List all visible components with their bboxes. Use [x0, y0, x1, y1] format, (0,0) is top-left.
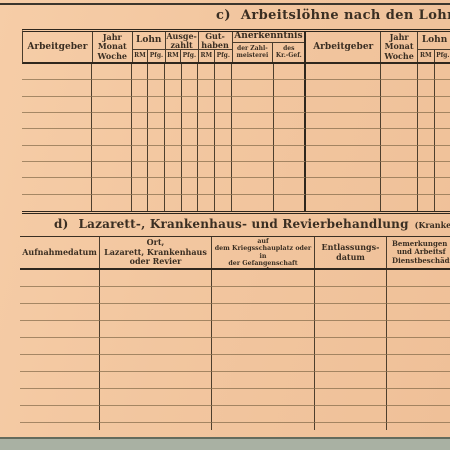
col-lohn-2-pfg: Pfg. — [435, 50, 450, 62]
body-cell — [182, 113, 198, 129]
body-cell — [100, 406, 212, 423]
body-cell — [306, 97, 381, 113]
col-lohn-2: Lohn RM Pfg. — [418, 32, 450, 62]
body-cell — [418, 162, 435, 178]
scanned-form-page: c) Arbeitslöhne nach den Lohnlisten Arbe… — [0, 0, 450, 450]
body-cell — [418, 64, 435, 80]
body-cell — [418, 97, 435, 113]
body-cell — [215, 178, 232, 194]
col-ort-lazarett: Ort, Lazarett, Krankenhaus oder Revier — [100, 237, 212, 268]
body-cell — [274, 113, 306, 129]
body-cell — [132, 80, 148, 96]
body-cell — [182, 80, 198, 96]
body-cell — [232, 97, 274, 113]
col-guthaben: Gut- haben RM Pfg. — [199, 32, 233, 62]
body-cell — [22, 129, 92, 145]
body-cell — [315, 355, 387, 372]
body-cell — [182, 129, 198, 145]
body-cell — [132, 178, 148, 194]
body-cell — [22, 178, 92, 194]
body-cell — [387, 389, 450, 406]
body-cell — [212, 338, 315, 355]
body-cell — [100, 389, 212, 406]
body-cell — [132, 195, 148, 211]
body-cell — [20, 304, 100, 321]
body-cell — [306, 162, 381, 178]
body-cell — [435, 80, 450, 96]
body-cell — [381, 146, 418, 162]
body-cell — [212, 355, 315, 372]
body-cell — [92, 129, 132, 145]
body-cell — [306, 146, 381, 162]
body-cell — [198, 162, 215, 178]
body-cell — [315, 270, 387, 287]
body-cell — [165, 64, 182, 80]
body-cell — [387, 270, 450, 287]
body-cell — [148, 113, 165, 129]
body-cell — [92, 178, 132, 194]
body-cell — [387, 406, 450, 423]
body-cell — [381, 64, 418, 80]
col-guthaben-rm: RM — [199, 50, 215, 62]
body-cell — [381, 195, 418, 211]
body-cell — [212, 321, 315, 338]
body-cell — [20, 321, 100, 338]
section-d-title: d) Lazarett-, Krankenhaus- und Revierbeh… — [54, 217, 450, 231]
body-cell — [274, 195, 306, 211]
body-cell — [387, 338, 450, 355]
body-cell — [20, 406, 100, 423]
body-cell — [232, 80, 274, 96]
wage-table: Arbeitgeber Jahr Monat Woche Lohn RM Pfg… — [22, 29, 450, 214]
body-cell — [315, 338, 387, 355]
body-cell — [387, 321, 450, 338]
col-arbeitgeber-2: Arbeitgeber — [306, 32, 381, 62]
body-cell — [435, 146, 450, 162]
body-cell — [182, 195, 198, 211]
body-cell — [212, 406, 315, 423]
col-guthaben-pfg: Pfg. — [215, 50, 231, 62]
body-cell — [435, 178, 450, 194]
body-cell — [148, 178, 165, 194]
body-cell — [165, 195, 182, 211]
body-cell — [182, 146, 198, 162]
body-cell — [165, 178, 182, 194]
body-cell — [215, 97, 232, 113]
body-cell — [418, 195, 435, 211]
body-cell — [315, 372, 387, 389]
body-cell — [212, 287, 315, 304]
body-cell — [100, 287, 212, 304]
body-cell — [435, 113, 450, 129]
body-cell — [212, 270, 315, 287]
body-cell — [22, 80, 92, 96]
col-lohn-2-rm: RM — [418, 50, 434, 62]
body-cell — [100, 270, 212, 287]
body-cell — [381, 97, 418, 113]
body-cell — [148, 162, 165, 178]
body-cell — [435, 195, 450, 211]
body-cell — [306, 129, 381, 145]
body-cell — [418, 113, 435, 129]
body-cell — [148, 64, 165, 80]
body-cell — [232, 195, 274, 211]
body-cell — [22, 64, 92, 80]
body-cell — [215, 113, 232, 129]
body-cell — [274, 178, 306, 194]
body-cell — [232, 64, 274, 80]
body-cell — [306, 64, 381, 80]
wage-table-header: Arbeitgeber Jahr Monat Woche Lohn RM Pfg… — [22, 29, 450, 64]
body-cell — [215, 162, 232, 178]
body-cell — [232, 178, 274, 194]
body-cell — [92, 162, 132, 178]
col-anerkenntnis-kr-gef: des Kr.-Gef. — [273, 43, 304, 62]
body-cell — [165, 113, 182, 129]
body-cell — [387, 355, 450, 372]
body-cell — [435, 64, 450, 80]
col-lohn-pfg: Pfg. — [148, 50, 164, 62]
col-ausgezahlt: Ausge- zahlt RM Pfg. — [166, 32, 199, 62]
body-cell — [198, 146, 215, 162]
body-cell — [198, 129, 215, 145]
body-cell — [22, 146, 92, 162]
body-cell — [381, 129, 418, 145]
body-cell — [215, 146, 232, 162]
body-cell — [418, 129, 435, 145]
body-cell — [381, 80, 418, 96]
body-cell — [100, 304, 212, 321]
body-cell — [215, 195, 232, 211]
body-cell — [165, 162, 182, 178]
body-cell — [92, 64, 132, 80]
body-cell — [381, 113, 418, 129]
body-cell — [182, 97, 198, 113]
body-cell — [232, 162, 274, 178]
col-entlassungsdatum: Entlassungs- datum — [315, 237, 387, 268]
body-cell — [306, 178, 381, 194]
body-cell — [215, 64, 232, 80]
body-cell — [132, 162, 148, 178]
body-cell — [100, 372, 212, 389]
hospital-table-header: Aufnahmedatum Ort, Lazarett, Krankenhaus… — [20, 236, 450, 270]
body-cell — [212, 304, 315, 321]
col-jahr-monat-woche: Jahr Monat Woche — [93, 32, 133, 62]
body-cell — [22, 113, 92, 129]
body-cell — [232, 129, 274, 145]
col-jahr-monat-woche-2: Jahr Monat Woche — [381, 32, 418, 62]
body-cell — [306, 195, 381, 211]
body-cell — [148, 195, 165, 211]
section-c-letter: c) — [216, 8, 231, 23]
body-cell — [306, 80, 381, 96]
body-cell — [215, 80, 232, 96]
body-cell — [418, 146, 435, 162]
body-cell — [435, 97, 450, 113]
body-cell — [306, 113, 381, 129]
body-cell — [315, 406, 387, 423]
body-cell — [435, 129, 450, 145]
col-bemerkungen: Bemerkungen üb und Arbeitsf Dienstbeschä… — [387, 237, 450, 268]
body-cell — [148, 146, 165, 162]
body-cell — [92, 97, 132, 113]
body-cell — [418, 80, 435, 96]
body-cell — [22, 97, 92, 113]
body-cell — [100, 321, 212, 338]
body-cell — [274, 97, 306, 113]
col-ausgezahlt-rm: RM — [166, 50, 182, 62]
body-cell — [20, 270, 100, 287]
hospital-table-body — [20, 270, 450, 423]
body-cell — [20, 355, 100, 372]
body-cell — [198, 195, 215, 211]
body-cell — [387, 287, 450, 304]
body-cell — [92, 80, 132, 96]
body-cell — [20, 372, 100, 389]
hospital-table: Aufnahmedatum Ort, Lazarett, Krankenhaus… — [20, 236, 450, 430]
body-cell — [387, 304, 450, 321]
body-cell — [148, 97, 165, 113]
section-c-title: c) Arbeitslöhne nach den Lohnlisten — [216, 8, 450, 23]
col-arbeitgeber: Arbeitgeber — [23, 32, 93, 62]
section-c-text: Arbeitslöhne nach den Lohnlisten — [241, 8, 450, 23]
body-cell — [198, 178, 215, 194]
body-cell — [100, 355, 212, 372]
body-cell — [418, 178, 435, 194]
body-cell — [381, 178, 418, 194]
body-cell — [148, 80, 165, 96]
body-cell — [100, 338, 212, 355]
section-d-note: (Krankenblätter, D. B.-Verhandlu — [415, 220, 450, 230]
body-cell — [274, 80, 306, 96]
body-cell — [232, 113, 274, 129]
body-cell — [274, 129, 306, 145]
body-cell — [92, 113, 132, 129]
body-cell — [212, 389, 315, 406]
body-cell — [132, 129, 148, 145]
page-fold-line — [0, 3, 450, 5]
col-lohn-rm: RM — [133, 50, 149, 62]
body-cell — [165, 129, 182, 145]
body-cell — [274, 162, 306, 178]
body-cell — [182, 64, 198, 80]
body-cell — [165, 146, 182, 162]
body-cell — [198, 64, 215, 80]
body-cell — [387, 372, 450, 389]
body-cell — [315, 321, 387, 338]
body-cell — [92, 195, 132, 211]
col-anerkenntnis-zahlmeisterei: der Zahl- meisterei — [233, 43, 274, 62]
col-lohn: Lohn RM Pfg. — [133, 32, 166, 62]
body-cell — [435, 162, 450, 178]
body-cell — [132, 97, 148, 113]
body-cell — [132, 113, 148, 129]
col-anerkenntnis: Anerkenntnis der Zahl- meisterei des Kr.… — [233, 32, 307, 62]
col-art-der-krankheit: Art der Krankheit und ob auf dem Kriegss… — [212, 237, 315, 268]
body-cell — [92, 146, 132, 162]
body-cell — [274, 146, 306, 162]
body-cell — [315, 304, 387, 321]
body-cell — [165, 97, 182, 113]
section-d-text: Lazarett-, Krankenhaus- und Revierbehand… — [78, 217, 408, 231]
section-d-letter: d) — [54, 217, 68, 231]
col-aufnahmedatum: Aufnahmedatum — [20, 237, 100, 268]
body-cell — [198, 80, 215, 96]
body-cell — [274, 64, 306, 80]
col-ausgezahlt-pfg: Pfg. — [181, 50, 197, 62]
body-cell — [20, 338, 100, 355]
body-cell — [22, 195, 92, 211]
body-cell — [198, 97, 215, 113]
body-cell — [22, 162, 92, 178]
scanner-background-strip — [0, 437, 450, 450]
body-cell — [148, 129, 165, 145]
body-cell — [165, 80, 182, 96]
body-cell — [315, 287, 387, 304]
body-cell — [20, 287, 100, 304]
body-cell — [215, 129, 232, 145]
body-cell — [381, 162, 418, 178]
body-cell — [212, 372, 315, 389]
hospital-table-line-stubs — [20, 423, 450, 430]
body-cell — [198, 113, 215, 129]
body-cell — [182, 162, 198, 178]
body-cell — [232, 146, 274, 162]
body-cell — [315, 389, 387, 406]
body-cell — [132, 64, 148, 80]
body-cell — [182, 178, 198, 194]
wage-table-body — [22, 64, 450, 214]
body-cell — [20, 389, 100, 406]
body-cell — [132, 146, 148, 162]
